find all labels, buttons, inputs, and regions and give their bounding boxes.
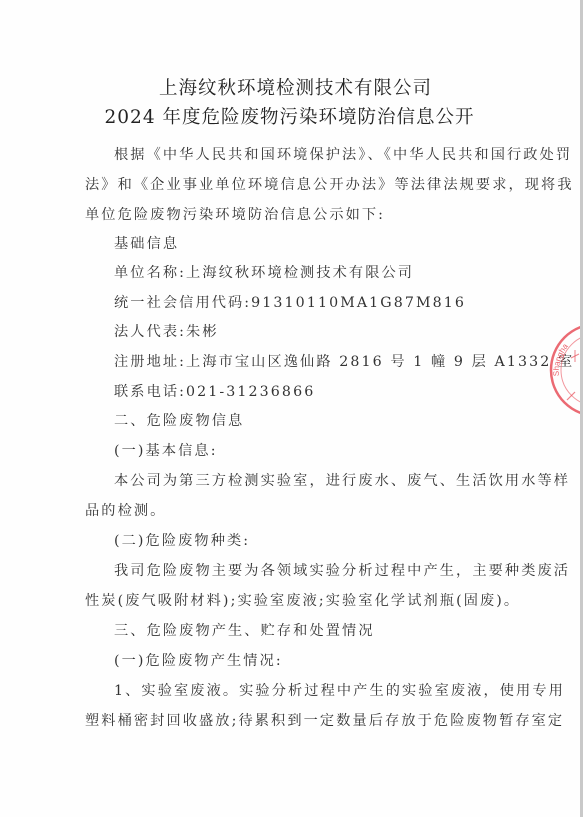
section3-sub1-line-1: 1、实验室废液。实验分析过程中产生的实验室废液，使用专用 xyxy=(114,680,565,700)
section2-sub1-line-2: 品的检测。 xyxy=(85,500,166,520)
document-title-subject: 2024 年度危险废物污染环境防治信息公开 xyxy=(0,103,581,129)
section2-sub1-line-1: 本公司为第三方检测实验室，进行废水、废气、生活饮用水等样 xyxy=(114,470,570,490)
document-title-company: 上海纹秋环境检测技术有限公司 xyxy=(4,74,583,100)
intro-line-1: 根据《中华人民共和国环境保护法》、《中华人民共和国行政处罚 xyxy=(114,144,572,164)
section2-sub1-heading: (一)基本信息: xyxy=(114,440,218,460)
registered-address: 注册地址:上海市宝山区逸仙路 2816 号 1 幢 9 层 A1332 室 xyxy=(114,351,574,371)
company-seal-stamp: Shangha xyxy=(549,320,583,420)
legal-representative: 法人代表:朱彬 xyxy=(114,321,219,341)
section2-sub2-line-2: 性炭(废气吸附材料);实验室废液;实验室化学试剂瓶(固废)。 xyxy=(85,590,520,610)
section2-heading: 二、危险废物信息 xyxy=(114,410,244,430)
section3-sub1-line-2: 塑料桶密封回收盛放;待累积到一定数量后存放于危险废物暂存室定 xyxy=(85,710,564,730)
section2-sub2-line-1: 我司危险废物主要为各领域实验分析过程中产生，主要种类废活 xyxy=(114,560,570,580)
section3-heading: 三、危险废物产生、贮存和处置情况 xyxy=(114,620,375,640)
intro-line-2: 法》和《企业事业单位环境信息公开办法》等法律法规要求，现将我 xyxy=(85,174,574,194)
basic-info-heading: 基础信息 xyxy=(114,233,179,253)
document-page: 上海纹秋环境检测技术有限公司 2024 年度危险废物污染环境防治信息公开 根据《… xyxy=(0,0,580,817)
section2-sub2-heading: (二)危险废物种类: xyxy=(114,530,250,550)
credit-code: 统一社会信用代码:91310110MA1G87M816 xyxy=(114,292,466,312)
contact-phone: 联系电话:021-31236866 xyxy=(114,381,315,401)
intro-line-3: 单位危险废物污染环境防治信息公示如下: xyxy=(85,204,385,224)
section3-sub1-heading: (一)危险废物产生情况: xyxy=(114,650,283,670)
unit-name: 单位名称:上海纹秋环境检测技术有限公司 xyxy=(114,262,414,282)
